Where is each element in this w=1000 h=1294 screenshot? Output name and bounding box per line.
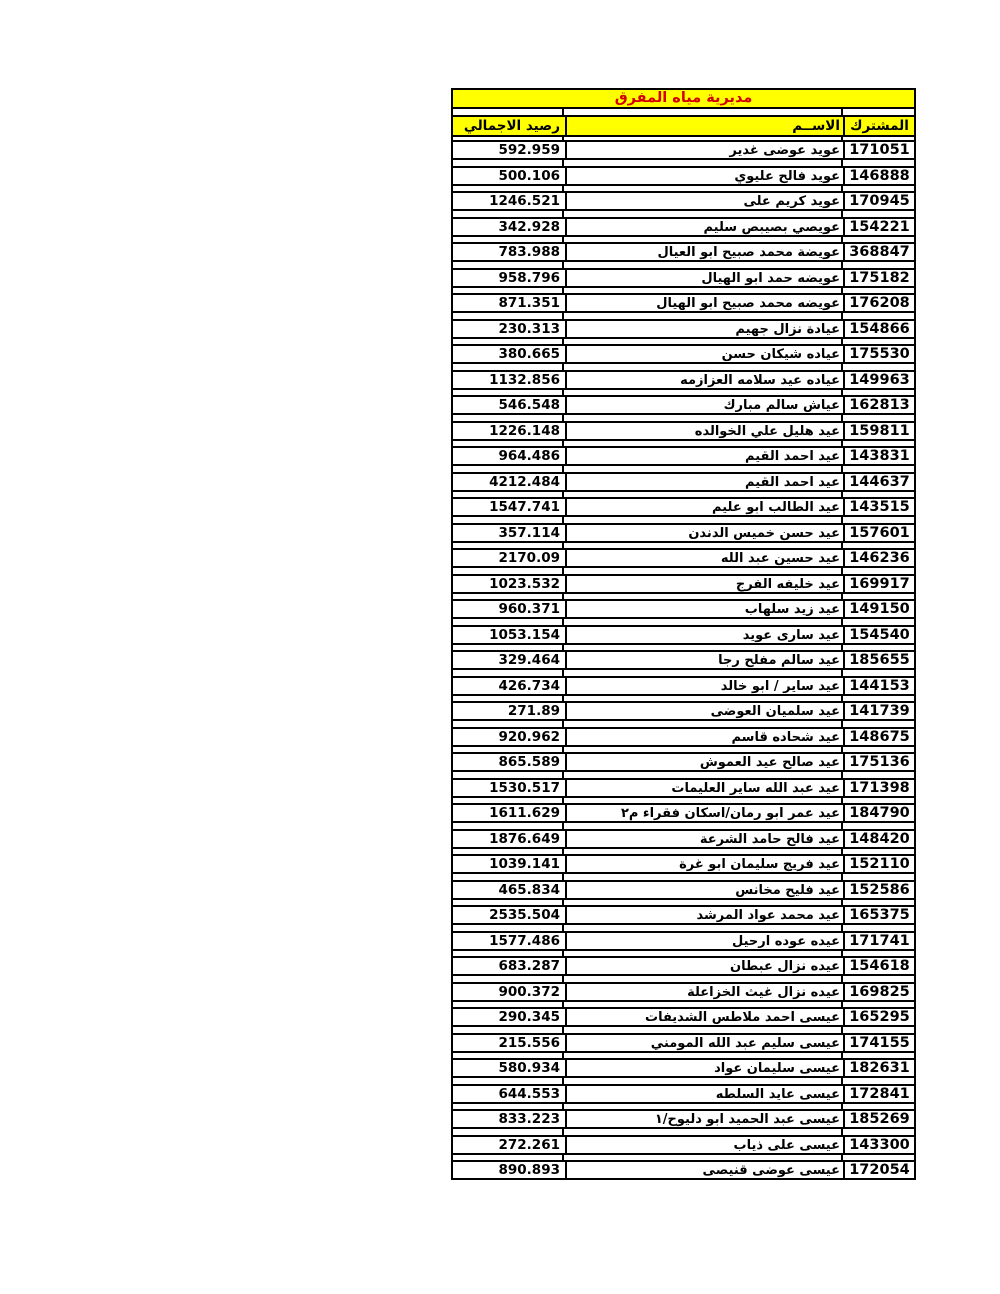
subscriber-cell: 165295 xyxy=(843,1009,914,1025)
name-cell: عيد عبد الله ساير العليمات xyxy=(565,780,843,796)
name-cell: عيد هليل علي الخوالده xyxy=(565,423,843,439)
balance-cell: 215.556 xyxy=(453,1035,565,1051)
name-cell: عيسى سليم عبد الله المومني xyxy=(565,1035,843,1051)
table-row: 176208 عويضه محمد صبيح ابو الهيال 871.35… xyxy=(451,293,916,313)
name-cell: عويد عوضى غدير xyxy=(565,142,843,158)
balance-cell: 271.89 xyxy=(453,703,565,719)
balance-cell: 900.372 xyxy=(453,984,565,1000)
table-row: 175136 عيد صالح عيد العموش 865.589 xyxy=(451,752,916,772)
table-row: 148420 عيد فالح حامد الشرعة 1876.649 xyxy=(451,829,916,849)
table-row: 159811 عيد هليل علي الخوالده 1226.148 xyxy=(451,421,916,441)
balance-cell: 920.962 xyxy=(453,729,565,745)
subscriber-cell: 368847 xyxy=(843,244,914,260)
balance-cell: 1246.521 xyxy=(453,193,565,209)
balance-cell: 964.486 xyxy=(453,448,565,464)
name-cell: عيسى عبد الحميد ابو دليوح/١ xyxy=(565,1111,843,1127)
name-cell: عيده نزال غيث الخزاعلة xyxy=(565,984,843,1000)
balance-cell: 865.589 xyxy=(453,754,565,770)
table-row: 146888 عويد فالح عليوي 500.106 xyxy=(451,166,916,186)
name-cell: عيد سالم مفلح رجا xyxy=(565,652,843,668)
name-cell: عيد عمر ابو رمان/اسكان فقراء م٢ xyxy=(565,805,843,821)
name-cell: عيد محمد عواد المرشد xyxy=(565,907,843,923)
subscriber-cell: 157601 xyxy=(843,525,914,541)
name-cell: عيد شحاده قاسم xyxy=(565,729,843,745)
subscriber-cell: 172841 xyxy=(843,1086,914,1102)
table-row: 154866 عيادة نزال جهيم 230.313 xyxy=(451,319,916,339)
subscriber-cell: 141739 xyxy=(843,703,914,719)
table-row: 162813 عياش سالم مبارك 546.548 xyxy=(451,395,916,415)
balance-cell: 958.796 xyxy=(453,270,565,286)
name-cell: عيسى عايد السلطه xyxy=(565,1086,843,1102)
subscriber-cell: 172054 xyxy=(843,1162,914,1178)
subscriber-cell: 143300 xyxy=(843,1137,914,1153)
document-page: مديرية مياه المفرق المشترك الاســم رصيد … xyxy=(0,0,1000,1294)
name-cell: عياش سالم مبارك xyxy=(565,397,843,413)
name-cell: عيد ساير / ابو خالد xyxy=(565,678,843,694)
table-row: 146236 عيد حسين عبد الله 2170.09 xyxy=(451,548,916,568)
table-row: 169917 عيد خليفه الفرج 1023.532 xyxy=(451,574,916,594)
subscriber-cell: 148420 xyxy=(843,831,914,847)
table-row: 148675 عيد شحاده قاسم 920.962 xyxy=(451,727,916,747)
subscriber-cell: 165375 xyxy=(843,907,914,923)
table-row: 154221 عويصي بصيبص سليم 342.928 xyxy=(451,217,916,237)
subscriber-cell: 185655 xyxy=(843,652,914,668)
table-row: 152110 عيد فريج سليمان ابو غرة 1039.141 xyxy=(451,854,916,874)
table-row: 368847 عويضة محمد صبيح ابو العيال 783.98… xyxy=(451,242,916,262)
name-cell: عيد فليح مخانس xyxy=(565,882,843,898)
balance-cell: 1547.741 xyxy=(453,499,565,515)
table-row: 154618 عيده نزال عبطان 683.287 xyxy=(451,956,916,976)
name-cell: عياده شيكان حسن xyxy=(565,346,843,362)
name-cell: عيد حسن خميس الدندن xyxy=(565,525,843,541)
table-row: 172841 عيسى عايد السلطه 644.553 xyxy=(451,1084,916,1104)
subscriber-cell: 174155 xyxy=(843,1035,914,1051)
table-row: 149963 عياده عيد سلامه العزازمه 1132.856 xyxy=(451,370,916,390)
balance-cell: 1039.141 xyxy=(453,856,565,872)
table-row: 165375 عيد محمد عواد المرشد 2535.504 xyxy=(451,905,916,925)
table-row: 165295 عيسى احمد ملاطس الشديفات 290.345 xyxy=(451,1007,916,1027)
table-row: 144153 عيد ساير / ابو خالد 426.734 xyxy=(451,676,916,696)
header-name: الاســم xyxy=(565,117,843,135)
table-row: 149150 عيد زيد سلهاب 960.371 xyxy=(451,599,916,619)
name-cell: عياده عيد سلامه العزازمه xyxy=(565,372,843,388)
subscriber-cell: 154540 xyxy=(843,627,914,643)
table-row: 172054 عيسى عوضى قنيصى 890.893 xyxy=(451,1160,916,1180)
subscriber-cell: 185269 xyxy=(843,1111,914,1127)
name-cell: عويد فالح عليوي xyxy=(565,168,843,184)
balance-cell: 833.223 xyxy=(453,1111,565,1127)
subscriber-cell: 144153 xyxy=(843,678,914,694)
subscriber-cell: 149963 xyxy=(843,372,914,388)
name-cell: عيسى عوضى قنيصى xyxy=(565,1162,843,1178)
balance-cell: 1023.532 xyxy=(453,576,565,592)
table-row: 143515 عيد الطالب ابو عليم 1547.741 xyxy=(451,497,916,517)
header-balance: رصيد الاجمالي xyxy=(453,117,565,135)
balance-cell: 580.934 xyxy=(453,1060,565,1076)
table-row: 157601 عيد حسن خميس الدندن 357.114 xyxy=(451,523,916,543)
name-cell: عويضة محمد صبيح ابو العيال xyxy=(565,244,843,260)
table-row: 175182 عويضه حمد ابو الهيال 958.796 xyxy=(451,268,916,288)
name-cell: عيد زيد سلهاب xyxy=(565,601,843,617)
table-row: 185655 عيد سالم مفلح رجا 329.464 xyxy=(451,650,916,670)
balance-cell: 500.106 xyxy=(453,168,565,184)
name-cell: عيسى سليمان عواد xyxy=(565,1060,843,1076)
table-row: 184790 عيد عمر ابو رمان/اسكان فقراء م٢ 1… xyxy=(451,803,916,823)
subscriber-cell: 175530 xyxy=(843,346,914,362)
name-cell: عيد احمد القيم xyxy=(565,448,843,464)
table-row: 169825 عيده نزال غيث الخزاعلة 900.372 xyxy=(451,982,916,1002)
subscriber-cell: 169917 xyxy=(843,576,914,592)
name-cell: عيد احمد القيم xyxy=(565,474,843,490)
subscriber-cell: 154866 xyxy=(843,321,914,337)
subscriber-cell: 143831 xyxy=(843,448,914,464)
balance-cell: 1226.148 xyxy=(453,423,565,439)
name-cell: عيد الطالب ابو عليم xyxy=(565,499,843,515)
table-row: 182631 عيسى سليمان عواد 580.934 xyxy=(451,1058,916,1078)
table-row: 152586 عيد فليح مخانس 465.834 xyxy=(451,880,916,900)
subscriber-cell: 143515 xyxy=(843,499,914,515)
table-row: 174155 عيسى سليم عبد الله المومني 215.55… xyxy=(451,1033,916,1053)
subscriber-cell: 182631 xyxy=(843,1060,914,1076)
balance-cell: 272.261 xyxy=(453,1137,565,1153)
table-row: 141739 عيد سلميان العوضى 271.89 xyxy=(451,701,916,721)
name-cell: عيد سارى عويد xyxy=(565,627,843,643)
subscriber-cell: 175182 xyxy=(843,270,914,286)
balance-cell: 4212.484 xyxy=(453,474,565,490)
balance-cell: 426.734 xyxy=(453,678,565,694)
table-row: 143831 عيد احمد القيم 964.486 xyxy=(451,446,916,466)
name-cell: عيسى على ذياب xyxy=(565,1137,843,1153)
name-cell: عيد حسين عبد الله xyxy=(565,550,843,566)
balance-cell: 465.834 xyxy=(453,882,565,898)
table-title: مديرية مياه المفرق xyxy=(451,88,916,109)
subscriber-cell: 171051 xyxy=(843,142,914,158)
subscriber-cell: 152110 xyxy=(843,856,914,872)
balance-cell: 1530.517 xyxy=(453,780,565,796)
subscriber-cell: 171398 xyxy=(843,780,914,796)
name-cell: عيسى احمد ملاطس الشديفات xyxy=(565,1009,843,1025)
balance-cell: 230.313 xyxy=(453,321,565,337)
balance-cell: 342.928 xyxy=(453,219,565,235)
table-row: 171741 عيده عوده ارحيل 1577.486 xyxy=(451,931,916,951)
subscriber-cell: 159811 xyxy=(843,423,914,439)
subscriber-cell: 148675 xyxy=(843,729,914,745)
balance-cell: 1132.856 xyxy=(453,372,565,388)
name-cell: عيده نزال عبطان xyxy=(565,958,843,974)
name-cell: عيده عوده ارحيل xyxy=(565,933,843,949)
balance-cell: 357.114 xyxy=(453,525,565,541)
table-row: 170945 عويد كريم على 1246.521 xyxy=(451,191,916,211)
balance-cell: 960.371 xyxy=(453,601,565,617)
subscriber-cell: 171741 xyxy=(843,933,914,949)
name-cell: عيد خليفه الفرج xyxy=(565,576,843,592)
balance-cell: 290.345 xyxy=(453,1009,565,1025)
subscriber-cell: 146236 xyxy=(843,550,914,566)
subscriber-cell: 169825 xyxy=(843,984,914,1000)
name-cell: عيد فريج سليمان ابو غرة xyxy=(565,856,843,872)
table-row: 144637 عيد احمد القيم 4212.484 xyxy=(451,472,916,492)
balance-cell: 683.287 xyxy=(453,958,565,974)
balance-cell: 1611.629 xyxy=(453,805,565,821)
header-subscriber: المشترك xyxy=(843,117,914,135)
name-cell: عيد صالح عيد العموش xyxy=(565,754,843,770)
balance-cell: 783.988 xyxy=(453,244,565,260)
table-rows: 171051 عويد عوضى غدير 592.959 146888 عوي… xyxy=(451,140,916,1180)
subscriber-cell: 170945 xyxy=(843,193,914,209)
balance-cell: 1053.154 xyxy=(453,627,565,643)
name-cell: عويصي بصيبص سليم xyxy=(565,219,843,235)
name-cell: عيد سلميان العوضى xyxy=(565,703,843,719)
balance-cell: 871.351 xyxy=(453,295,565,311)
water-balance-table: مديرية مياه المفرق المشترك الاســم رصيد … xyxy=(451,88,916,1180)
name-cell: عيادة نزال جهيم xyxy=(565,321,843,337)
table-header-row: المشترك الاســم رصيد الاجمالي xyxy=(451,115,916,137)
name-cell: عويد كريم على xyxy=(565,193,843,209)
balance-cell: 644.553 xyxy=(453,1086,565,1102)
balance-cell: 329.464 xyxy=(453,652,565,668)
table-row: 185269 عيسى عبد الحميد ابو دليوح/١ 833.2… xyxy=(451,1109,916,1129)
balance-cell: 380.665 xyxy=(453,346,565,362)
balance-cell: 2170.09 xyxy=(453,550,565,566)
subscriber-cell: 154618 xyxy=(843,958,914,974)
balance-cell: 2535.504 xyxy=(453,907,565,923)
balance-cell: 890.893 xyxy=(453,1162,565,1178)
table-row: 171398 عيد عبد الله ساير العليمات 1530.5… xyxy=(451,778,916,798)
subscriber-cell: 184790 xyxy=(843,805,914,821)
subscriber-cell: 162813 xyxy=(843,397,914,413)
name-cell: عويضه محمد صبيح ابو الهيال xyxy=(565,295,843,311)
subscriber-cell: 176208 xyxy=(843,295,914,311)
subscriber-cell: 152586 xyxy=(843,882,914,898)
balance-cell: 546.548 xyxy=(453,397,565,413)
subscriber-cell: 149150 xyxy=(843,601,914,617)
subscriber-cell: 146888 xyxy=(843,168,914,184)
subscriber-cell: 144637 xyxy=(843,474,914,490)
name-cell: عويضه حمد ابو الهيال xyxy=(565,270,843,286)
subscriber-cell: 175136 xyxy=(843,754,914,770)
balance-cell: 1577.486 xyxy=(453,933,565,949)
name-cell: عيد فالح حامد الشرعة xyxy=(565,831,843,847)
subscriber-cell: 154221 xyxy=(843,219,914,235)
table-row: 175530 عياده شيكان حسن 380.665 xyxy=(451,344,916,364)
balance-cell: 592.959 xyxy=(453,142,565,158)
balance-cell: 1876.649 xyxy=(453,831,565,847)
table-row: 171051 عويد عوضى غدير 592.959 xyxy=(451,140,916,160)
table-row: 143300 عيسى على ذياب 272.261 xyxy=(451,1135,916,1155)
table-row: 154540 عيد سارى عويد 1053.154 xyxy=(451,625,916,645)
